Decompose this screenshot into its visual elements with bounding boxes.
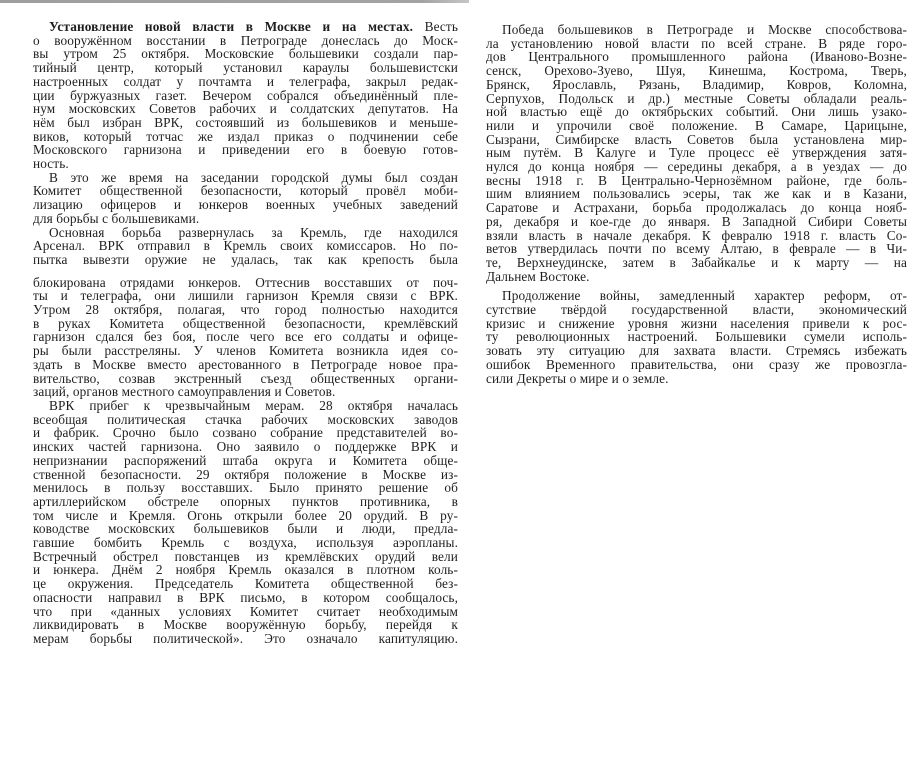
text-line: что при «данных условиях Комитет считает…: [33, 605, 458, 619]
text-line: и юнкера. Днём 2 ноября Кремль оказался …: [33, 563, 458, 577]
text-line: те, Верхнеудинске, затем в Забайкалье и …: [486, 256, 907, 270]
text-line: нум московских Советов рабочих и солдатс…: [33, 102, 458, 116]
text-line: гарнизон сдался без боя, после чего все …: [33, 330, 458, 344]
text-line: нулся до конца ноября — середины декабря…: [486, 160, 907, 174]
text-line: том числе и Кремля. Огонь открыли более …: [33, 509, 458, 523]
text-line: здать в Москве вместо арестованного в Пе…: [33, 358, 458, 372]
paragraph: В это же время на заседании городской ду…: [33, 171, 458, 226]
paragraph: Продолжение войны, замедленный характер …: [486, 289, 907, 385]
text-line: инских частей гарнизона. Оно заявило о п…: [33, 440, 458, 454]
text-line: Продолжение войны, замедленный характер …: [486, 289, 907, 303]
text-line: шим влиянием пользовались эсеры, так же …: [486, 187, 907, 201]
text-line: сили Декреты о мире и о земле.: [486, 372, 907, 386]
right-column: Победа большевиков в Петрограде и Москве…: [486, 23, 907, 385]
text-line: ВРК прибег к чрезвычайным мерам. 28 октя…: [33, 399, 458, 413]
text-line: ты и телеграфа, они лишили гарнизон Крем…: [33, 289, 458, 303]
text-line: ошибок Временного правительства, они сра…: [486, 358, 907, 372]
book-page: Установление новой власти в Москве и на …: [0, 0, 922, 780]
text-line: Серпухов, Подольск и др.) местные Советы…: [486, 92, 907, 106]
text-line: ным путём. В Калуге и Туле процесс её ут…: [486, 146, 907, 160]
text-line: о вооружённом восстании в Петрограде дон…: [33, 34, 458, 48]
text-line: дов Центрального промышленного района (И…: [486, 50, 907, 64]
text-line: Сызрани, Симбирске власть Советов была у…: [486, 133, 907, 147]
text-line: це окружения. Председатель Комитета обще…: [33, 577, 458, 591]
text-line: ность.: [33, 157, 458, 171]
text-line: нили и упрочили своё положение. В Самаре…: [486, 119, 907, 133]
text-line: Основная борьба развернулась за Кремль, …: [33, 226, 458, 240]
text-line: ла установлению новой власти по всей стр…: [486, 37, 907, 51]
text-line: Арсенал. ВРК отправил в Кремль своих ком…: [33, 239, 458, 253]
text-line: пытка вывезти оружие не удалась, так как…: [33, 253, 458, 267]
text-line: ря, декабря и кое-где до января. В Запад…: [486, 215, 907, 229]
text-line: для борьбы с большевиками.: [33, 212, 458, 226]
text-run: Весть: [413, 19, 458, 34]
text-line: заций, органов местного самоуправления и…: [33, 385, 458, 399]
text-line: артиллерийском обстреле опорных пунктов …: [33, 495, 458, 509]
text-line: Комитет общественной безопасности, котор…: [33, 184, 458, 198]
text-line: В это же время на заседании городской ду…: [33, 171, 458, 185]
text-line: всеобщая политическая стачка рабочих мос…: [33, 413, 458, 427]
text-line: вы утром 25 октября. Московские большеви…: [33, 47, 458, 61]
text-line: ры были расстреляны. У членов Комитета в…: [33, 344, 458, 358]
text-line: менилось в пользу восставших. Было приня…: [33, 481, 458, 495]
text-line: Брянск, Ярославль, Рязань, Владимир, Ков…: [486, 78, 907, 92]
text-line: Встречный обстрел повстанцев из кремлёвс…: [33, 550, 458, 564]
text-line: виков, который тотчас же издал приказ о …: [33, 130, 458, 144]
text-line: блокирована отрядами юнкеров. Оттеснив в…: [33, 276, 458, 290]
text-line: зовать эту ситуацию для захвата власти. …: [486, 344, 907, 358]
text-line: весны 1918 г. В Центрально-Чернозёмном р…: [486, 174, 907, 188]
text-line: в руках Комитета общественной безопаснос…: [33, 317, 458, 331]
text-line: ной властью ещё до октябрьских событий. …: [486, 105, 907, 119]
text-line: мерам борьбы политической». Это означало…: [33, 632, 458, 646]
heading-run: Установление новой власти в Москве и на …: [49, 19, 413, 34]
text-line: ветов утвердилась почти по всему Алтаю, …: [486, 242, 907, 256]
text-line: Утром 28 октября, полагая, что город пол…: [33, 303, 458, 317]
text-line: взяли власть в начале декабря. К февралю…: [486, 229, 907, 243]
text-line: гавшие бомбить Кремль с воздуха, использ…: [33, 536, 458, 550]
text-line: тийный центр, который установил караулы …: [33, 61, 458, 75]
text-line: Московского гарнизона и приведении его в…: [33, 143, 458, 157]
text-line: и фабрик. Срочно было созвано собрание п…: [33, 426, 458, 440]
text-line: Победа большевиков в Петрограде и Москве…: [486, 23, 907, 37]
left-column: Установление новой власти в Москве и на …: [33, 20, 458, 646]
text-line: кризис и снижение уровня жизни населения…: [486, 317, 907, 331]
text-line: ственной безопасности. 29 октября положе…: [33, 468, 458, 482]
text-line: ководстве московских большевиков были и …: [33, 522, 458, 536]
text-line: сенск, Орехово-Зуево, Шуя, Кинешма, Кост…: [486, 64, 907, 78]
text-line: ликвидировать в Москве вооружённую борьб…: [33, 618, 458, 632]
text-line: Дальнем Востоке.: [486, 270, 907, 284]
paragraph: ВРК прибег к чрезвычайным мерам. 28 октя…: [33, 399, 458, 646]
scan-edge-artifact: [0, 0, 469, 3]
text-line: Саратове и Астрахани, борьба продолжалас…: [486, 201, 907, 215]
text-line: лизацию офицеров и юнкеров военных учебн…: [33, 198, 458, 212]
text-line: ции буржуазных газет. Вечером собрался о…: [33, 89, 458, 103]
text-line: сутствие твёрдой государственной власти,…: [486, 303, 907, 317]
paragraph: Основная борьба развернулась за Кремль, …: [33, 226, 458, 267]
text-line: вительство, созвав экстренный съезд обще…: [33, 372, 458, 386]
text-line: непризнании распоряжений штаба округа и …: [33, 454, 458, 468]
text-line: Установление новой власти в Москве и на …: [33, 20, 458, 34]
text-line: настроенных солдат у почтамта и телеграф…: [33, 75, 458, 89]
paragraph: блокирована отрядами юнкеров. Оттеснив в…: [33, 276, 458, 399]
text-line: опасности направил в ВРК письмо, в котор…: [33, 591, 458, 605]
text-line: ту революционных настроений. Большевики …: [486, 330, 907, 344]
paragraph: Установление новой власти в Москве и на …: [33, 20, 458, 171]
paragraph: Победа большевиков в Петрограде и Москве…: [486, 23, 907, 283]
text-line: нём был избран ВРК, состоявший из больше…: [33, 116, 458, 130]
